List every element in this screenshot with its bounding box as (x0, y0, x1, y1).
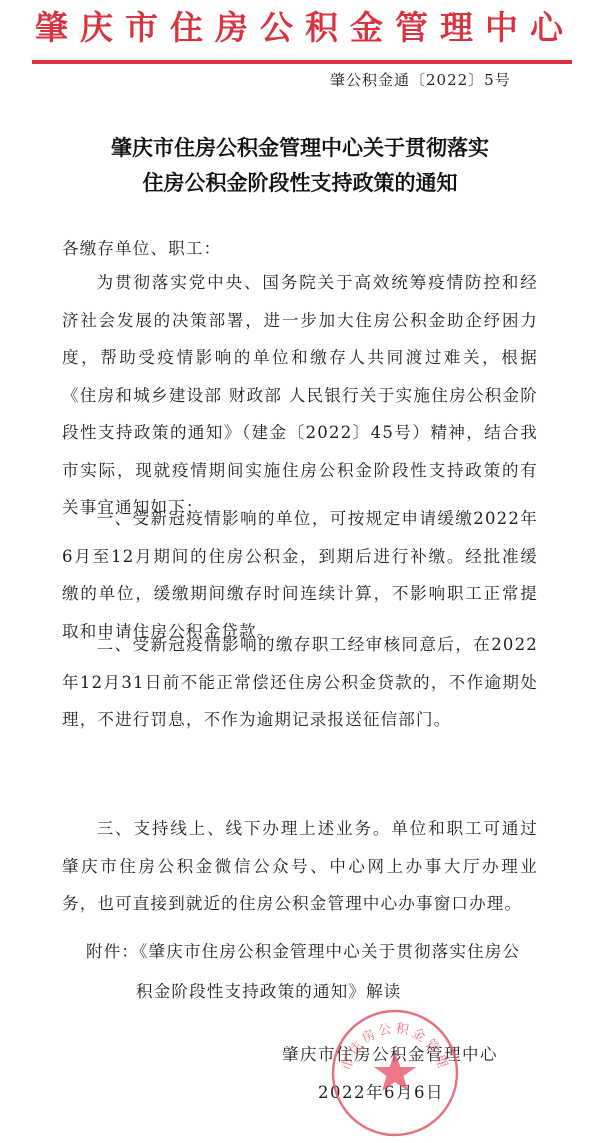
official-seal-icon: 肇庆市住房公积金管理中心 (330, 1008, 460, 1138)
title-line-1: 肇庆市住房公积金管理中心关于贯彻落实 (0, 130, 600, 165)
document-page: 肇庆市住房公积金管理中心 肇公积金通〔2022〕5号 肇庆市住房公积金管理中心关… (0, 0, 600, 1143)
seal-star-icon (374, 1052, 416, 1091)
document-number: 肇公积金通〔2022〕5号 (330, 68, 511, 92)
masthead-organization: 肇庆市住房公积金管理中心 (0, 4, 600, 52)
salutation: 各缴存单位、职工： (62, 230, 538, 268)
red-divider-rule (32, 60, 572, 64)
attachment-line-1: 附件：《肇庆市住房公积金管理中心关于贯彻落实住房公 (86, 932, 546, 972)
attachment-note: 附件：《肇庆市住房公积金管理中心关于贯彻落实住房公 积金阶段性支持政策的通知》解… (86, 932, 546, 1012)
document-title: 肇庆市住房公积金管理中心关于贯彻落实 住房公积金阶段性支持政策的通知 (0, 130, 600, 200)
attachment-line-2: 积金阶段性支持政策的通知》解读 (86, 972, 546, 1012)
policy-item-2: 二、受新冠疫情影响的缴存职工经审核同意后，在2022年12月31日前不能正常偿还… (62, 626, 538, 739)
svg-text:肇庆市住房公积金管理中心: 肇庆市住房公积金管理中心 (330, 1008, 451, 1073)
title-line-2: 住房公积金阶段性支持政策的通知 (0, 165, 600, 200)
intro-paragraph: 为贯彻落实党中央、国务院关于高效统筹疫情防控和经济社会发展的决策部署，进一步加大… (62, 264, 538, 527)
policy-item-3: 三、支持线上、线下办理上述业务。单位和职工可通过肇庆市住房公积金微信公众号、中心… (62, 810, 538, 923)
